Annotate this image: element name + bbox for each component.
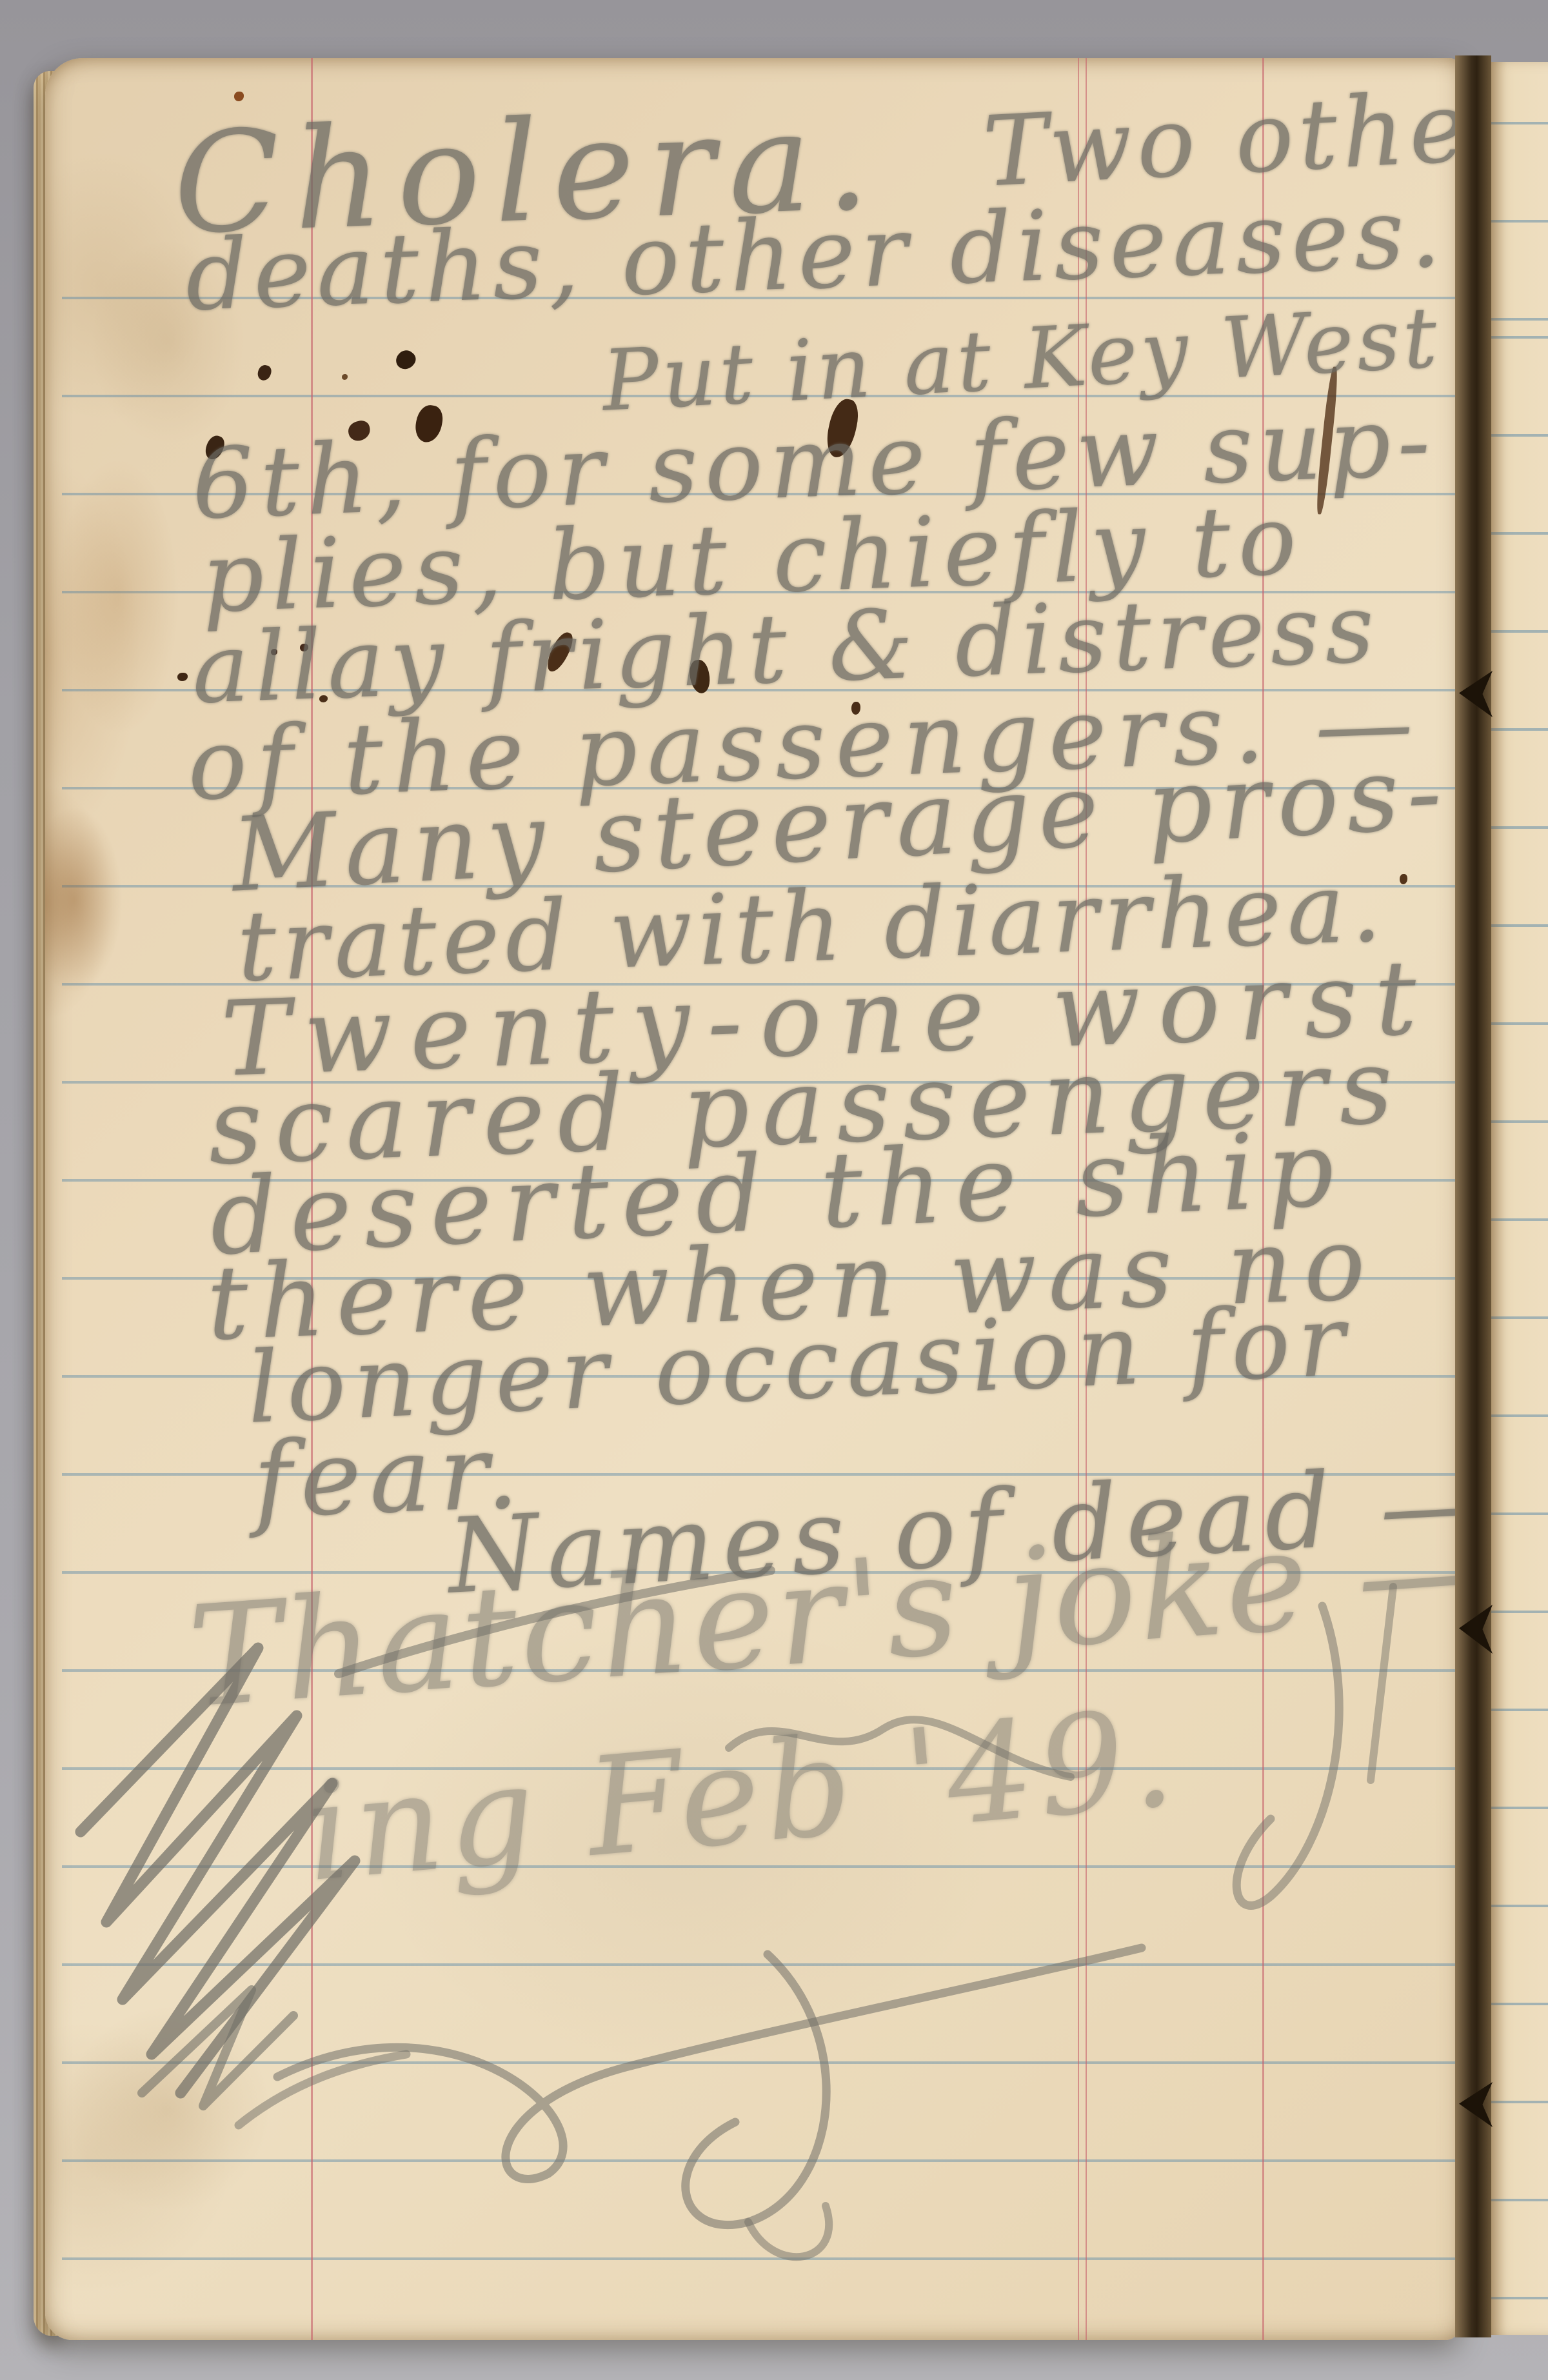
paper-stain [57,458,179,735]
binding-gutter [1455,55,1491,2337]
pencil-scribbles [45,1509,1459,2316]
scanned-notebook-photo: Cholera. Two other deaths, other disease… [0,0,1548,2380]
ink-spot [234,92,244,101]
notebook-page: Cholera. Two other deaths, other disease… [45,58,1459,2340]
next-page-edge [1489,62,1548,2335]
